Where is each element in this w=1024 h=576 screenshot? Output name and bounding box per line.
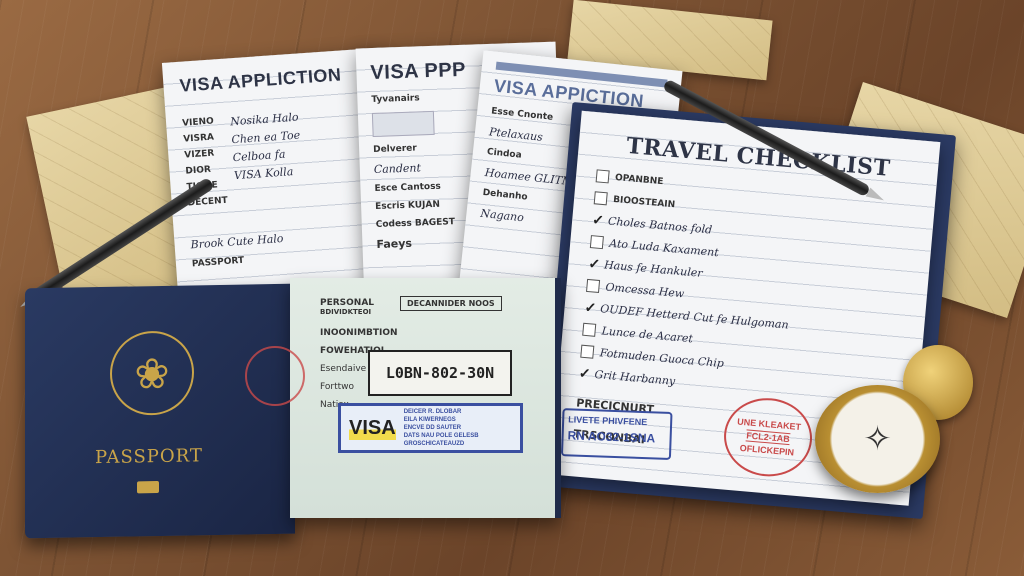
checklist-item-text: Omcessa Hew [605, 281, 685, 301]
checklist-item-text: Grit Harbanny [594, 368, 676, 388]
checkbox-icon[interactable] [586, 279, 600, 293]
checklist-item-text: Haus fe Hankuler [604, 258, 703, 280]
compass: ✧ [815, 345, 985, 495]
form-title: VISA APPLICTION [179, 63, 368, 97]
checkbox-icon[interactable] [596, 169, 610, 183]
checkmark-icon[interactable]: ✓ [578, 365, 591, 383]
visa-label: VISA [349, 417, 396, 440]
passport: ❀ PASSPORT PERSONAL BDIVIDKTEOI DECANNID… [25, 278, 560, 543]
stamp-text: RN AO32-1SNA [567, 428, 665, 445]
passport-page: PERSONAL BDIVIDKTEOI DECANNIDER NOOS INO… [290, 278, 561, 518]
handwriting: Celboa fa [232, 146, 302, 164]
checklist-item-text: Ato Luda Kaxament [609, 237, 719, 260]
checkbox-icon[interactable] [582, 323, 596, 337]
passport-number: L0BN-802-30N [386, 364, 494, 382]
passport-field: BDIVIDKTEOI [320, 308, 374, 316]
stamp-text: FCL2-1AB [746, 429, 790, 445]
handwriting: Nosika Halo [230, 111, 300, 129]
visa-line: GROSCHICATEAUZD [404, 440, 479, 448]
passport-header-box: DECANNIDER NOOS [400, 296, 502, 311]
biometric-chip-icon [137, 481, 159, 493]
form-label: VIZER [184, 148, 225, 161]
red-stamp: UNE KLEAKET FCL2-1AB OFLICKEPIN [721, 395, 815, 480]
form-label: VIENO [182, 116, 223, 129]
blue-stamp: LIVETE PHIVFENE RN AO32-1SNA [561, 408, 673, 460]
compass-body: ✧ [815, 385, 940, 493]
red-circle-stamp [245, 346, 305, 406]
passport-cover-label: PASSPORT [95, 445, 203, 468]
visa-line: DEICER R. DLOBAR [404, 408, 479, 416]
checkmark-icon[interactable]: ✓ [584, 299, 597, 317]
entry-stamp: L0BN-802-30N [368, 350, 512, 396]
form-label: DIOR [185, 164, 226, 177]
checkmark-icon[interactable]: ✓ [592, 211, 605, 229]
visa-line: EILA KIWERNEGS [404, 416, 479, 424]
checkmark-icon[interactable]: ✓ [588, 255, 601, 273]
stamp-text: LIVETE PHIVFENE [568, 414, 666, 427]
checklist-item-text: BIOOSTEAIN [613, 194, 676, 209]
visa-stamp: VISA DEICER R. DLOBAR EILA KIWERNEGS ENC… [338, 403, 523, 453]
passport-field: PERSONAL [320, 298, 374, 308]
checkbox-icon[interactable] [580, 345, 594, 359]
form-label: PASSPORT [192, 246, 380, 269]
eagle-emblem-icon: ❀ [110, 330, 194, 415]
checklist-item-text: Choles Batnos fold [607, 215, 712, 237]
compass-rose-icon: ✧ [863, 419, 892, 459]
checkbox-icon[interactable] [594, 191, 608, 205]
visa-line: DATS NAU POLE GELESB [404, 432, 479, 440]
passport-field: INOONIMBTION [320, 328, 398, 338]
visa-line: ENCVE DD SAUTER [404, 424, 479, 432]
handwriting: Chen ea Toe [231, 129, 301, 147]
passport-cover: ❀ PASSPORT [25, 284, 295, 539]
stamp-text: OFLICKEPIN [739, 443, 794, 458]
checklist-item-text: OPANBNE [615, 172, 664, 186]
checkbox-icon[interactable] [590, 235, 604, 249]
form-label: VISRA [183, 132, 224, 145]
photo-box [372, 111, 435, 137]
checklist-item-text: Lunce de Acaret [601, 324, 693, 345]
handwriting: VISA Kolla [234, 164, 304, 182]
